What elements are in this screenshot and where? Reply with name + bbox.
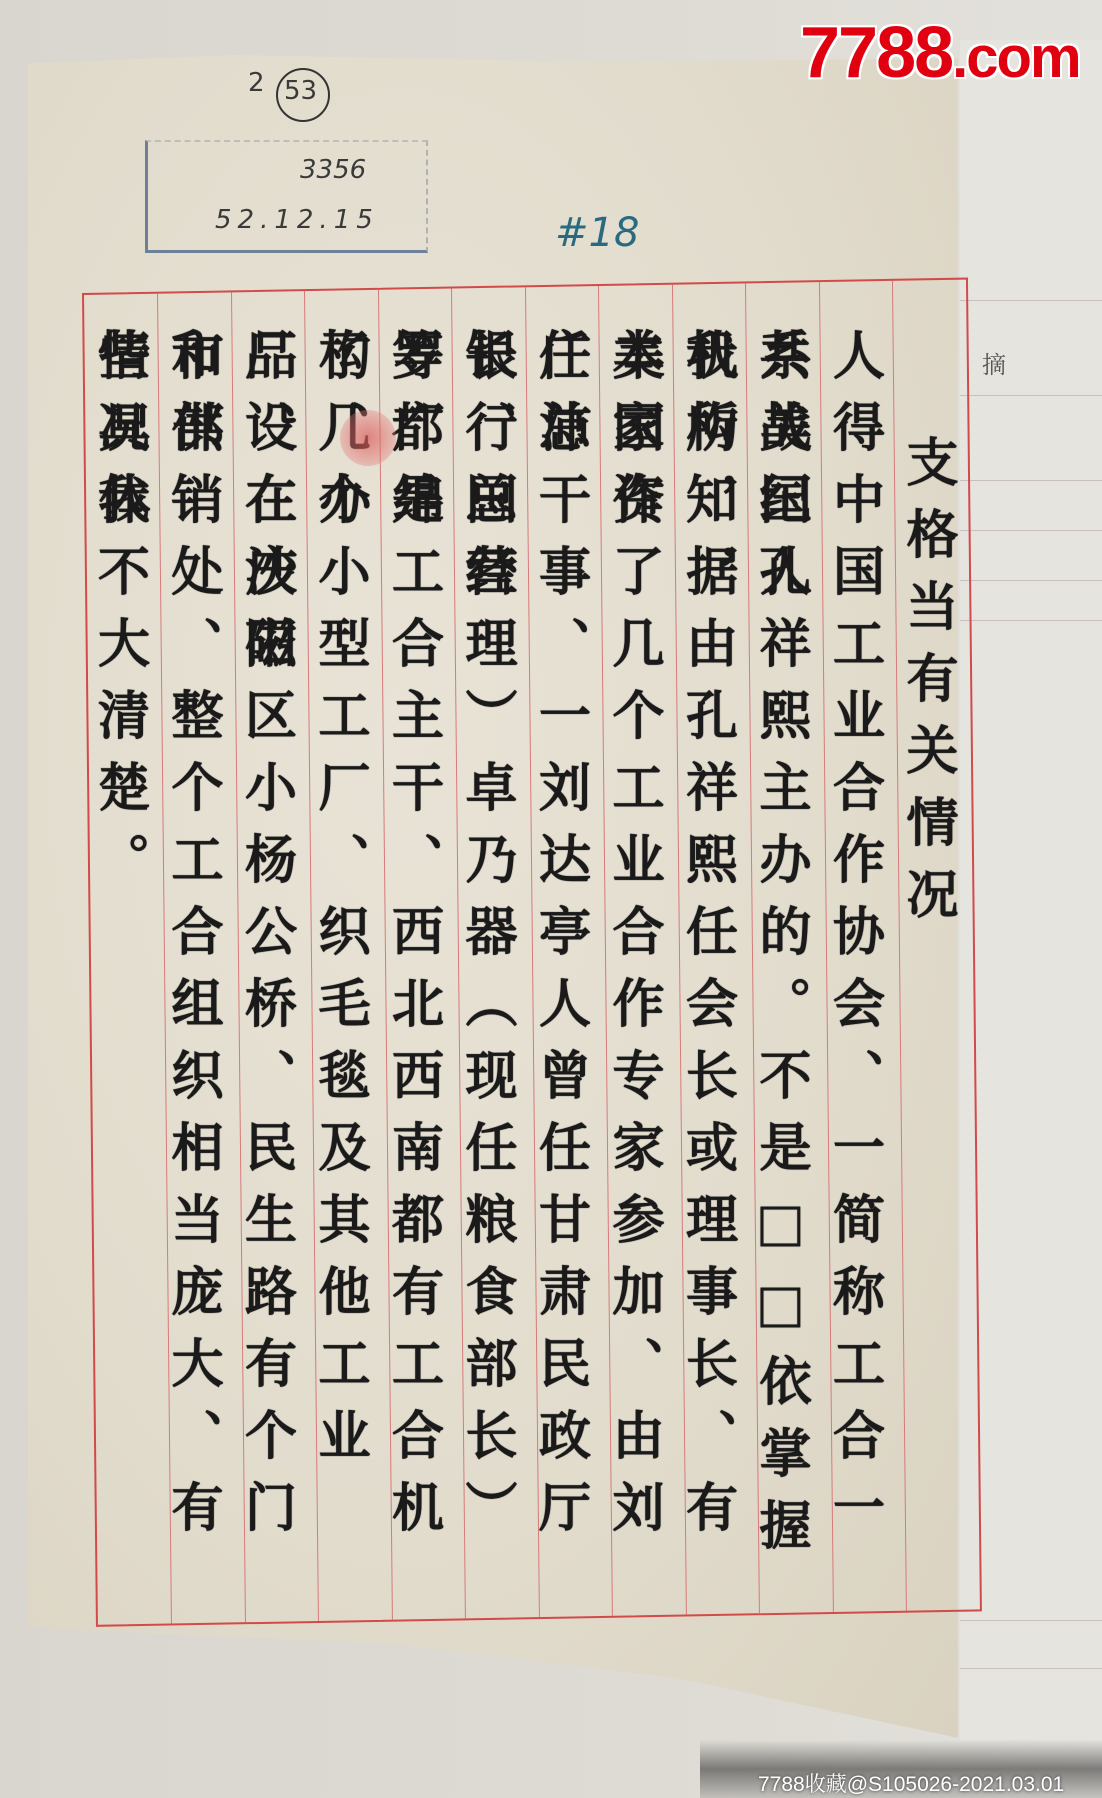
red-seal-mark bbox=[340, 410, 396, 466]
background-rule bbox=[960, 395, 1102, 396]
background-notebook-page bbox=[960, 40, 1102, 1740]
text-column: 任总干事、一刘达亭人曾任甘肃民政厅长、国营 bbox=[523, 300, 597, 1620]
background-rule bbox=[960, 1620, 1102, 1621]
archive-stamp-box bbox=[145, 140, 428, 253]
watermark-logo-suffix: .com bbox=[952, 25, 1079, 90]
handwritten-text: 支格当有关情况 人得中国工业合作协会、一简称工合一系美国人 共战纪孔祥熙主办的。… bbox=[82, 300, 964, 1620]
text-column: 和供销处、整个工合组织相当庞大、有些具体 bbox=[156, 300, 230, 1620]
background-rule bbox=[960, 300, 1102, 301]
background-rule bbox=[960, 580, 1102, 581]
background-rule bbox=[960, 530, 1102, 531]
document-title: 支格当有关情况 bbox=[891, 300, 965, 1620]
archive-date: 52.12.15 bbox=[215, 205, 379, 235]
background-rule bbox=[960, 620, 1102, 621]
watermark-caption: 7788收藏@S105026-2021.03.01 bbox=[758, 1768, 1064, 1798]
background-rule bbox=[960, 1668, 1102, 1669]
background-page-label: 摘 bbox=[982, 345, 1006, 380]
text-column: 人得中国工业合作协会、一简称工合一系美国人 bbox=[817, 300, 891, 1620]
archive-reference: 2 bbox=[248, 68, 265, 98]
watermark-logo-digits: 7788 bbox=[800, 13, 952, 93]
background-rule bbox=[960, 480, 1102, 481]
circled-number: 53 bbox=[284, 76, 317, 106]
page-mark: #18 bbox=[555, 210, 639, 256]
watermark-logo: 7788.com bbox=[800, 12, 1080, 94]
file-number: 3356 bbox=[300, 155, 366, 185]
